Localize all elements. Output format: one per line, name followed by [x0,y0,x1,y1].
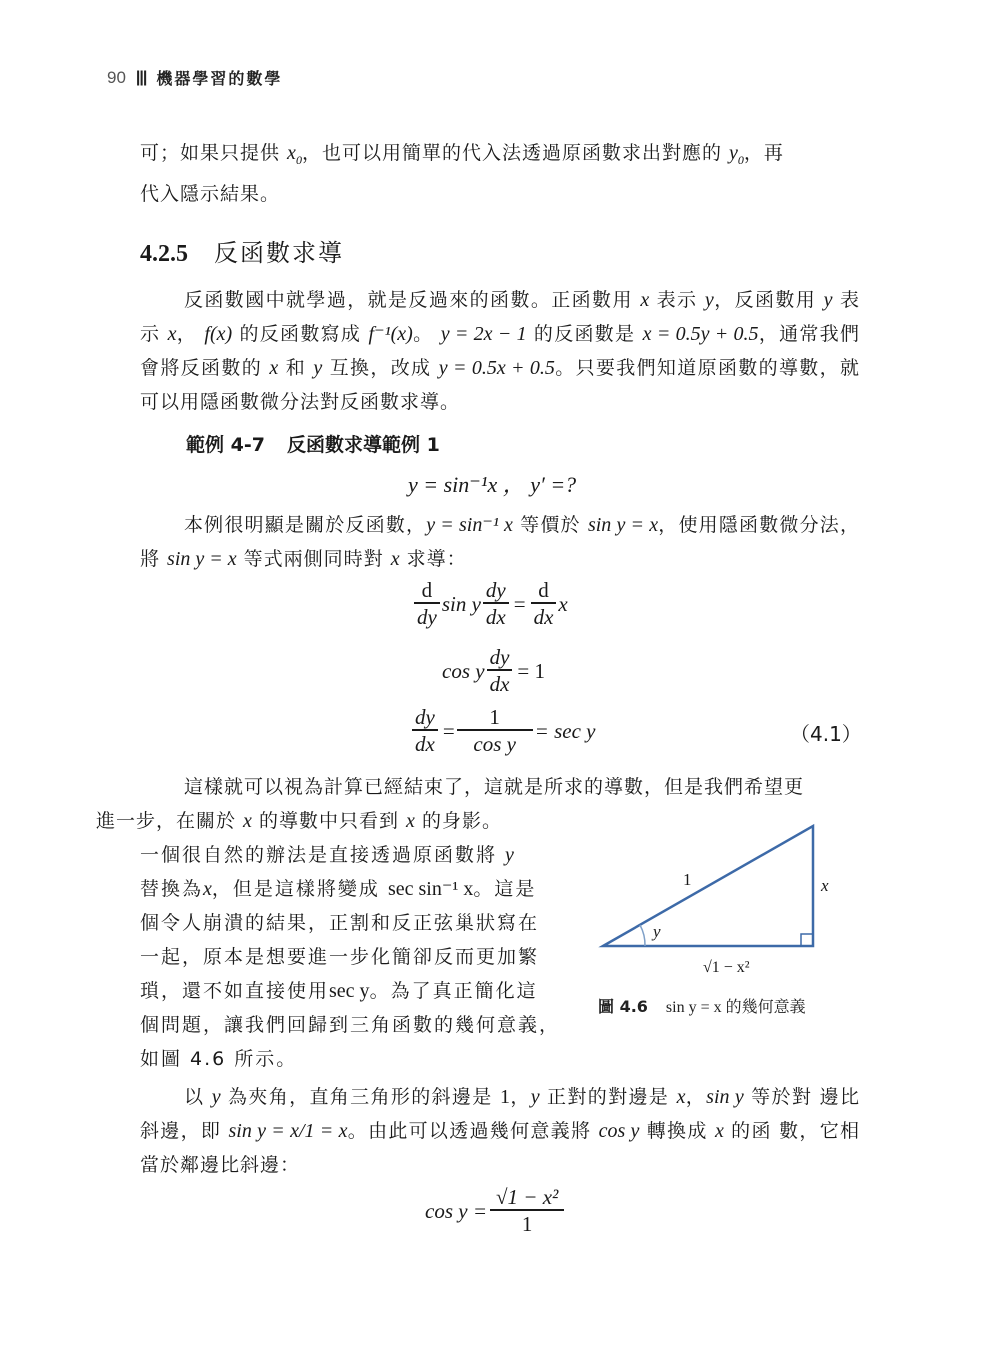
page-number: 90 [107,68,126,88]
figure-caption-label: 圖 4.6 [598,994,648,1017]
header-separator: ||| [136,69,146,87]
paragraph-inverse-function-intro: 反函數國中就學過，就是反過來的函數。正函數用 x 表示 y，反函數用 y 表示 … [140,283,860,419]
section-heading: 4.2.5 反函數求導 [140,233,344,268]
derivation-line-2: cos y dydx = 1 [442,645,545,697]
fraction-sqrt-over-1: √1 − x²1 [493,1185,561,1237]
text: ，再 [744,142,784,164]
angle-label: y [651,922,661,941]
text: ，也可以用簡單的代入法透過原函數求出對應的 [302,142,729,164]
fraction-1-cos-y: 1cos y [460,705,530,757]
paragraph-geometry-meaning: 以 y 為夾角，直角三角形的斜邊是 1，y 正對的對邊是 x，sin y 等於對… [140,1080,860,1182]
final-equation: cos y = √1 − x²1 [425,1185,563,1237]
example-problem: y = sin⁻¹x ， y′ =? [408,468,576,499]
example-heading: 範例 4-7 反函數求導範例 1 [186,430,440,457]
fraction-dy-dx: dydx [483,578,509,630]
example-title: 反函數求導範例 1 [287,430,440,457]
fraction-dy-dx: dydx [412,705,438,757]
intro-paragraph: 可；如果只提供 x0，也可以用簡單的代入法透過原函數求出對應的 y0，再 代入隱… [140,136,860,211]
section-title: 反函數求導 [214,233,344,268]
right-triangle-figure: 1 x y √1 − x² [595,815,845,980]
paragraph-natural-method: 一個很自然的辦法是直接透過原函數將 y 替換為x，但是這樣將變成 sec sin… [140,838,560,1076]
hypotenuse-label: 1 [683,870,692,889]
figure-caption-text: sin y = x 的幾何意義 [666,994,806,1017]
derivation-line-3: dydx = 1cos y = sec y [410,705,595,757]
right-angle-marker-icon [801,934,813,946]
example-label: 範例 4-7 [186,430,265,457]
fraction-d-dy: ddy [414,578,440,630]
math-x0: x0 [287,142,302,164]
triangle-shape [603,826,813,946]
math-y0: y0 [729,142,744,164]
opposite-side-label: x [820,876,829,895]
derivation-line-1: ddy sin y dydx = ddx x [412,578,568,630]
equation-number: （4.1） [790,718,862,747]
text: 可；如果只提供 [140,142,287,164]
section-number: 4.2.5 [140,241,188,268]
paragraph-implicit-diff: 本例很明顯是關於反函數，y = sin⁻¹ x 等價於 sin y = x，使用… [140,508,860,576]
fraction-d-dx: ddx [531,578,557,630]
page-header: 90 ||| 機器學習的數學 [107,66,282,89]
figure-caption: 圖 4.6 sin y = x 的幾何意義 [598,994,806,1017]
book-title: 機器學習的數學 [156,66,282,89]
text: 代入隱示結果。 [140,183,280,205]
adjacent-side-label: √1 − x² [703,959,750,976]
angle-arc-icon [640,925,645,946]
fraction-dy-dx: dydx [487,645,513,697]
